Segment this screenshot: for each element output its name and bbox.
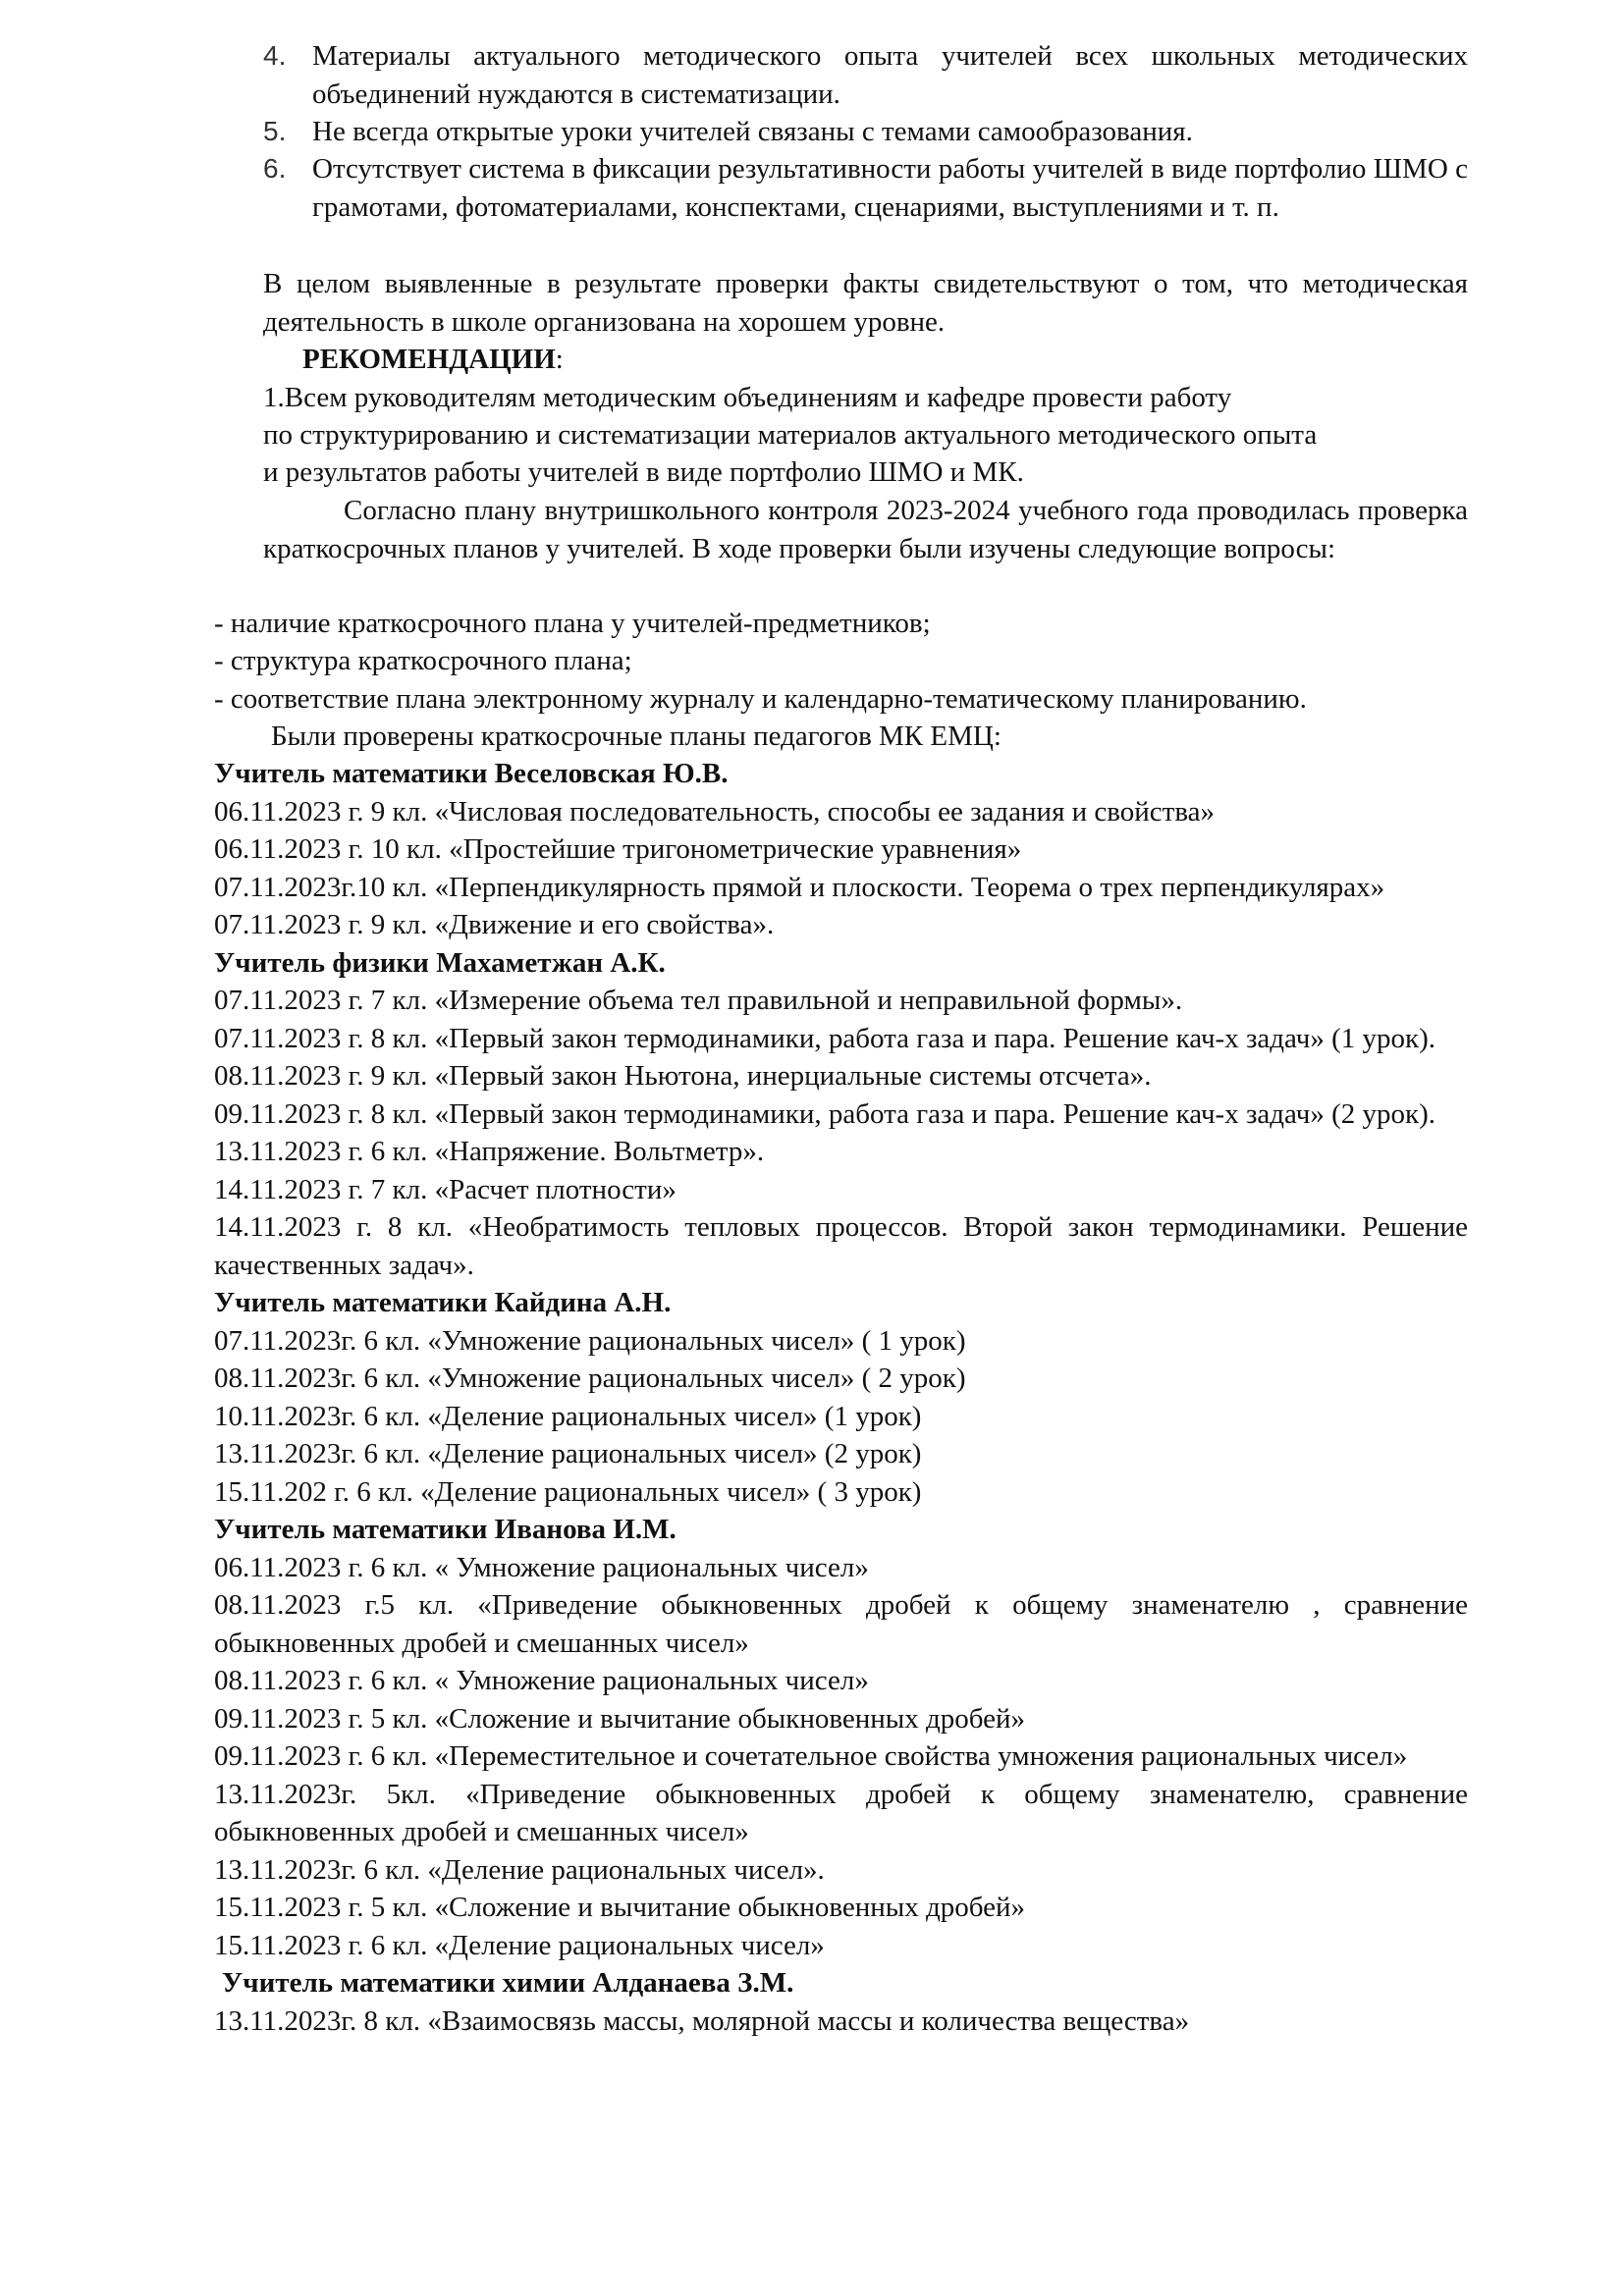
finding-number: 6. (263, 150, 302, 188)
recommendations-colon: : (556, 344, 564, 375)
lesson-item: 13.11.2023г. 5кл. «Приведение обыкновенн… (214, 1776, 1468, 1851)
lesson-item: 07.11.2023г.10 кл. «Перпендикулярность п… (214, 869, 1468, 907)
document-page: 4. Материалы актуального методического о… (0, 0, 1624, 2296)
lesson-item: 07.11.2023г. 6 кл. «Умножение рациональн… (214, 1322, 1468, 1361)
recommendation-line: по структурированию и систематизации мат… (263, 416, 1317, 454)
control-intro-paragraph: Согласно плану внутришкольного контроля … (263, 492, 1468, 567)
lesson-item: 10.11.2023г. 6 кл. «Деление рациональных… (214, 1398, 1468, 1436)
teacher-heading: Учитель математики химии Алданаева З.М. (214, 1964, 1468, 2002)
recommendations-heading: РЕКОМЕНДАЦИИ: (302, 341, 564, 379)
lesson-item: 07.11.2023 г. 7 кл. «Измерение объема те… (214, 982, 1468, 1020)
question-item: - наличие краткосрочного плана у учителе… (214, 605, 931, 643)
lesson-item: 13.11.2023 г. 6 кл. «Напряжение. Вольтме… (214, 1133, 1468, 1171)
finding-text: Материалы актуального методического опыт… (312, 37, 1468, 113)
teacher-section: Учитель физики Махаметжан А.К.07.11.2023… (214, 944, 1468, 1285)
lesson-item: 14.11.2023 г. 7 кл. «Расчет плотности» (214, 1171, 1468, 1209)
lesson-item: 08.11.2023г. 6 кл. «Умножение рациональн… (214, 1360, 1468, 1398)
lesson-item: 06.11.2023 г. 9 кл. «Числовая последоват… (214, 793, 1468, 831)
recommendation-line: 1.Всем руководителям методическим объеди… (263, 379, 1231, 417)
teacher-heading: Учитель математики Кайдина А.Н. (214, 1284, 1468, 1322)
finding-number: 4. (263, 37, 302, 76)
teacher-heading: Учитель физики Махаметжан А.К. (214, 944, 1468, 983)
lesson-item: 07.11.2023 г. 8 кл. «Первый закон термод… (214, 1020, 1468, 1058)
lesson-item: 08.11.2023 г. 9 кл. «Первый закон Ньютон… (214, 1057, 1468, 1095)
lesson-item: 06.11.2023 г. 10 кл. «Простейшие тригоно… (214, 830, 1468, 869)
lesson-item: 08.11.2023 г.5 кл. «Приведение обыкновен… (214, 1586, 1468, 1662)
finding-number: 5. (263, 113, 302, 151)
lesson-item: 15.11.2023 г. 5 кл. «Сложение и вычитани… (214, 1889, 1468, 1927)
lesson-item: 09.11.2023 г. 5 кл. «Сложение и вычитани… (214, 1700, 1468, 1738)
teacher-section: Учитель математики Кайдина А.Н.07.11.202… (214, 1284, 1468, 1511)
lesson-item: 13.11.2023г. 6 кл. «Деление рациональных… (214, 1435, 1468, 1473)
lesson-item: 08.11.2023 г. 6 кл. « Умножение рационал… (214, 1662, 1468, 1700)
question-item: - структура краткосрочного плана; (214, 642, 632, 680)
recommendations-title: РЕКОМЕНДАЦИИ (302, 344, 556, 375)
finding-item: 4. Материалы актуального методического о… (263, 37, 1468, 113)
lesson-item: 13.11.2023г. 8 кл. «Взаимосвязь массы, м… (214, 2002, 1468, 2041)
finding-text: Отсутствует система в фиксации результат… (312, 150, 1468, 226)
question-item: - соответствие плана электронному журнал… (214, 680, 1307, 719)
lesson-item: 13.11.2023г. 6 кл. «Деление рациональных… (214, 1851, 1468, 1890)
finding-item: 6. Отсутствует система в фиксации резуль… (263, 150, 1468, 226)
lesson-item: 09.11.2023 г. 6 кл. «Переместительное и … (214, 1737, 1468, 1776)
teacher-heading: Учитель математики Веселовская Ю.В. (214, 755, 1468, 793)
teachers-list: Учитель математики Веселовская Ю.В.06.11… (214, 755, 1468, 2040)
finding-text: Не всегда открытые уроки учителей связан… (312, 113, 1468, 151)
teacher-section: Учитель математики Иванова И.М.06.11.202… (214, 1511, 1468, 1964)
teacher-heading: Учитель математики Иванова И.М. (214, 1511, 1468, 1549)
lesson-item: 09.11.2023 г. 8 кл. «Первый закон термод… (214, 1095, 1468, 1134)
lesson-item: 07.11.2023 г. 9 кл. «Движение и его свой… (214, 906, 1468, 944)
recommendation-line: и результатов работы учителей в виде пор… (263, 454, 1024, 492)
lesson-item: 06.11.2023 г. 6 кл. « Умножение рационал… (214, 1549, 1468, 1587)
teacher-section: Учитель математики Веселовская Ю.В.06.11… (214, 755, 1468, 944)
conclusion-paragraph: В целом выявленные в результате проверки… (263, 265, 1468, 341)
lesson-item: 14.11.2023 г. 8 кл. «Необратимость тепло… (214, 1208, 1468, 1284)
lesson-item: 15.11.2023 г. 6 кл. «Деление рациональны… (214, 1927, 1468, 1965)
checked-intro: Были проверены краткосрочные планы педаг… (271, 718, 1001, 756)
teacher-section: Учитель математики химии Алданаева З.М.1… (214, 1964, 1468, 2040)
lesson-item: 15.11.202 г. 6 кл. «Деление рациональных… (214, 1473, 1468, 1512)
finding-item: 5. Не всегда открытые уроки учителей свя… (263, 113, 1468, 151)
